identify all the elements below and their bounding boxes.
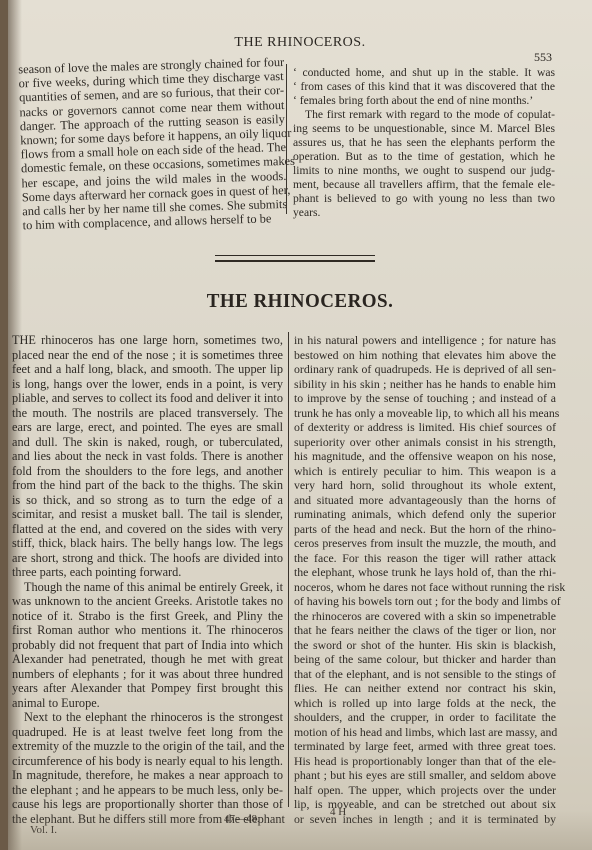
text-line: was unknown to the ancient Greeks. Arist… [12,594,283,609]
text-line: operation. But as to the time of gestati… [293,150,555,164]
text-line: ‘ from cases of this kind that it was di… [293,80,555,94]
text-line: feet and a half long, black, and smooth.… [12,362,283,377]
section-divider-rule [215,255,375,262]
text-line: the elephant ; and he appears to be much… [12,783,283,798]
text-line: half open. The upper, which projects ove… [294,783,556,798]
text-line: his magnitude, and the offensive weapon … [294,449,556,464]
text-line: and dull. The skin is naked, rough, or t… [12,435,283,450]
text-line: the face. For this reason the tiger will… [294,551,556,566]
text-line: ceros preserves from insult the muzzle, … [294,536,556,551]
text-line: ‘ females bring forth about the end of n… [293,94,555,108]
text-line: stiff, thick, black hairs. The belly han… [12,536,283,551]
text-line: ing seems to be unquestionable, since M.… [293,122,555,136]
text-line: ordinary rank of quadrupeds. He is depri… [294,362,556,377]
text-line: placed near the end of the nose ; it is … [12,348,283,363]
text-line: flatted at the end, and covered on the s… [12,522,283,537]
text-line: the elephant, whose trunk he lays hold o… [294,565,556,580]
text-line: Next to the elephant the rhinoceros is t… [12,710,283,725]
column-rule [288,332,289,807]
text-line: very hard horn, solid throughout its who… [294,478,556,493]
text-line: ears are large, erect, and pointed. The … [12,420,283,435]
text-line: The first remark with regard to the mode… [293,108,555,122]
text-line: phant is believed to go with young no le… [293,192,555,206]
text-line: THE rhinoceros has one large horn, somet… [12,333,283,348]
text-line: bestowed on him nothing that elevates hi… [294,348,556,363]
continued-text-left-column: season of love the males are strongly ch… [18,55,288,233]
text-line: superiority over other animals consist i… [294,435,556,450]
article-left-column: THE rhinoceros has one large horn, somet… [12,333,283,826]
text-line: of dexterity or address is limited. His … [294,420,556,435]
text-line: phant ; but his eyes are still smaller, … [294,768,556,783]
text-line: shoulders, and the crupper, in order to … [294,710,556,725]
text-line: terminated by large feet, armed with thr… [294,739,556,754]
book-page: THE RHINOCEROS. 553 season of love the m… [8,0,592,850]
text-line: years after Alexander that Pompey first … [12,681,283,696]
column-rule [286,64,287,214]
text-line: pliable, and serves to collect its food … [12,391,283,406]
text-line: and lies about the neck in vast folds. T… [12,449,283,464]
text-line: circumference of his body is nearly equa… [12,754,283,769]
text-line: ruminating animals, which defend only th… [294,507,556,522]
text-line: Alexander had penetrated, though he met … [12,652,283,667]
text-line: parts of the head and neck. But the horn… [294,522,556,537]
page-number: 553 [534,50,552,65]
text-line: extremity of the muzzle to the origin of… [12,739,283,754]
text-line: to improve by the sense of touching ; an… [294,391,556,406]
text-line: the sword or shot of the hunter. His ski… [294,638,556,653]
text-line: which is rolled up into large folds at t… [294,696,556,711]
running-head-title: THE RHINOCEROS. [8,35,592,51]
text-line: animal to Europe. [12,696,283,711]
text-line: being of the same colour, but thicker an… [294,652,556,667]
text-line: notice of it. Strabo is the first Greek,… [12,609,283,624]
text-line: scimitar, and resist a musket ball. The … [12,507,283,522]
text-line: that he fears neither the claws of the t… [294,623,556,638]
text-line: Though the name of this animal be entire… [12,580,283,595]
text-line: flies. He can neither extend nor contrac… [294,681,556,696]
text-line: assures us, that he has seen the elephan… [293,136,555,150]
text-line: ‘ conducted home, and shut up in the sta… [293,66,555,80]
text-line: quadruped. He is at least twelve feet lo… [12,725,283,740]
text-line: which is entirely peculiar to him. This … [294,464,556,479]
page-bottom-shade [8,810,592,850]
text-line: the mouth. The nostrils are placed trans… [12,406,283,421]
text-line: years. [293,206,555,220]
text-line: first Roman author who mentions it. The … [12,623,283,638]
article-title: THE RHINOCEROS. [23,290,578,313]
text-line: noceros, whom he dares not face without … [294,580,556,595]
text-line: fold from the shoulders to the fore legs… [12,464,283,479]
text-line: His head is proportionably longer than t… [294,754,556,769]
text-line: three parts, each pointing forward. [12,565,283,580]
text-line: trunk he has only a moveable lip, to whi… [294,406,556,421]
text-line: in his natural powers and intelligence ;… [294,333,556,348]
text-line: are short, strong and thick. The hoofs a… [12,551,283,566]
text-line: and situated more advantageously than th… [294,493,556,508]
text-line: motion of his head and limbs, which last… [294,725,556,740]
text-line: sibility in his skin ; neither has he ha… [294,377,556,392]
continued-text-right-column: ‘ conducted home, and shut up in the sta… [293,66,555,220]
text-line: the rhinoceros are covered with a skin s… [294,609,556,624]
article-right-column: in his natural powers and intelligence ;… [294,333,556,826]
text-line: limits to nine months, we ought to suspe… [293,164,555,178]
text-line: ment, because all travellers affirm, tha… [293,178,555,192]
text-line: numbers of elephants ; for it was about … [12,667,283,682]
text-line: is long, hangs over the lower, ends in a… [12,377,283,392]
text-line: of having his bowels torn out ; for the … [294,594,556,609]
text-line: from the hind part of the back to the th… [12,478,283,493]
text-line: In magnitude, therefore, he makes a near… [12,768,283,783]
text-line: probably did not frequent that part of I… [12,638,283,653]
text-line: that of the elephant, and is not sensibl… [294,667,556,682]
text-line: is so thick, and so strong as to turn th… [12,493,283,508]
